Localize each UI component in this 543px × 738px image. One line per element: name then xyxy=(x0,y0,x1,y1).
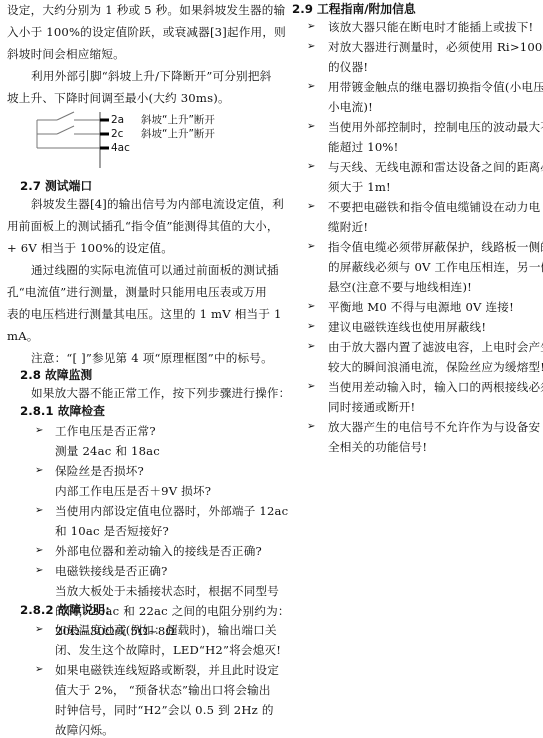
body-line: mA。 xyxy=(7,329,39,343)
list-item-line: 测量 24ac 和 18ac xyxy=(55,444,160,458)
list-item-line: 故障闪烁。 xyxy=(55,723,114,737)
list-item-line: 当使用内部设定值电位器时，外部端子 12ac xyxy=(55,504,288,518)
section-heading-2-9: 2.9 工程指南/附加信息 xyxy=(292,2,416,16)
list-item-line: 指令值电缆必须带屏蔽保护，线路板一侧的 xyxy=(328,240,543,254)
body-line: + 6V 相当于 100%的设定值。 xyxy=(7,241,173,255)
bullet-arrow-icon: ➢ xyxy=(35,623,43,637)
list-item-line: 当使用外部控制时，控制电压的波动最大不 xyxy=(328,120,543,134)
body-line: 孔“电流值”进行测量，测量时只能用电压表或万用 xyxy=(7,285,267,299)
bullet-arrow-icon: ➢ xyxy=(35,464,43,478)
bullet-arrow-icon: ➢ xyxy=(307,120,315,134)
terminal-label: 斜坡“上升”断开 xyxy=(141,114,215,126)
terminal-label: 斜坡“上升”断开 xyxy=(141,128,215,140)
bullet-arrow-icon: ➢ xyxy=(35,504,43,518)
list-item-line: 时钟信号，同时“H2”会以 0.5 到 2Hz 的 xyxy=(55,703,274,717)
list-item-line: 用带镀金触点的继电器切换指令值(小电压， xyxy=(328,80,543,94)
list-item-line: 该放大器只能在断电时才能插上或拔下! xyxy=(328,20,533,34)
list-item-line: 建议电磁铁连线也使用屏蔽线! xyxy=(328,320,486,334)
list-item-line: 电磁铁接线是否正确? xyxy=(55,564,168,578)
bullet-arrow-icon: ➢ xyxy=(307,340,315,354)
body-line: 用前面板上的测试插孔“指令值”能测得其值的大小， xyxy=(7,219,279,233)
list-item-line: 对放大器进行测量时，必须使用 Ri>100kΩ xyxy=(328,40,543,54)
bullet-arrow-icon: ➢ xyxy=(307,160,315,174)
list-item-line: 放大器产生的电信号不允许作为与设备安 xyxy=(328,420,540,434)
list-item-line: 由于放大器内置了滤波电容，上电时会产生 xyxy=(328,340,543,354)
terminal-2a: 2a xyxy=(111,114,124,126)
bullet-arrow-icon: ➢ xyxy=(307,420,315,434)
bullet-arrow-icon: ➢ xyxy=(307,40,315,54)
switch-wiring-icon xyxy=(0,0,272,180)
list-item-line: 不要把电磁铁和指令值电缆铺设在动力电 xyxy=(328,200,540,214)
list-item-line: 的屏蔽线必须与 0V 工作电压相连，另一侧 xyxy=(328,260,543,274)
list-item-line: 小电流)! xyxy=(328,100,373,114)
bullet-arrow-icon: ➢ xyxy=(35,544,43,558)
section-heading-2-7: 2.7 测试端口 xyxy=(20,179,92,193)
bullet-arrow-icon: ➢ xyxy=(307,300,315,314)
bullet-arrow-icon: ➢ xyxy=(307,80,315,94)
body-line: 如果放大器不能正常工作，按下列步骤进行操作： xyxy=(31,386,290,400)
list-item-line: 闭、发生这个故障时，LED“H2”将会熄灭! xyxy=(55,643,281,657)
list-item-line: 能超过 10%! xyxy=(328,140,399,154)
section-heading-2-8-2: 2.8.2 故障说明： xyxy=(20,603,117,617)
list-item-line: 平衡地 M0 不得与电源地 0V 连接! xyxy=(328,300,514,314)
bullet-arrow-icon: ➢ xyxy=(307,240,315,254)
list-item-line: 值大于 2%， “预备状态”输出口将会输出 xyxy=(55,683,271,697)
note-line: 注意：“[ ]”参见第 4 项“原理框图”中的标号。 xyxy=(31,351,273,365)
body-line: 表的电压档进行测量其电压。这里的 1 mV 相当于 1 xyxy=(7,307,282,321)
list-item-line: 须大于 1m! xyxy=(328,180,391,194)
section-heading-2-8: 2.8 故障监测 xyxy=(20,368,92,382)
list-item-line: 如果温度过高(例如：超载时)，输出端口关 xyxy=(55,623,277,637)
list-item-line: 当使用差动输入时，输入口的两根接线必须 xyxy=(328,380,543,394)
list-item-line: 的仪器! xyxy=(328,60,368,74)
bullet-arrow-icon: ➢ xyxy=(307,200,315,214)
list-item-line: 同时接通或断开! xyxy=(328,400,415,414)
list-item-line: 外部电位器和差动输入的接线是否正确? xyxy=(55,544,262,558)
list-item-line: 和 10ac 是否短接好? xyxy=(55,524,169,538)
section-heading-2-8-1: 2.8.1 故障检查 xyxy=(20,404,105,418)
bullet-arrow-icon: ➢ xyxy=(35,663,43,677)
list-item-line: 内部工作电压是否＋9V 损坏? xyxy=(55,484,211,498)
list-item-line: 与天线、无线电源和雷达设备之间的距离必 xyxy=(328,160,543,174)
list-item-line: 全相关的功能信号! xyxy=(328,440,427,454)
terminal-4ac: 4ac xyxy=(111,142,130,154)
bullet-arrow-icon: ➢ xyxy=(307,320,315,334)
bullet-arrow-icon: ➢ xyxy=(307,20,315,34)
bullet-arrow-icon: ➢ xyxy=(307,380,315,394)
body-line: 斜坡发生器[4]的输出信号为内部电流设定值，利 xyxy=(31,197,284,211)
list-item-line: 悬空(注意不要与地线相连)! xyxy=(328,280,472,294)
list-item-line: 工作电压是否正常? xyxy=(55,424,156,438)
body-line: 通过线圈的实际电流值可以通过前面板的测试插 xyxy=(31,263,279,277)
list-item-line: 缆附近! xyxy=(328,220,368,234)
list-item-line: 较大的瞬间浪涌电流，保险丝应为缓熔型! xyxy=(328,360,543,374)
bullet-arrow-icon: ➢ xyxy=(35,424,43,438)
list-item-line: 保险丝是否损坏? xyxy=(55,464,144,478)
bullet-arrow-icon: ➢ xyxy=(35,564,43,578)
list-item-line: 当放大板处于未插接状态时，根据不同型号 xyxy=(55,584,279,598)
list-item-line: 如果电磁铁连线短路或断裂，并且此时设定 xyxy=(55,663,279,677)
terminal-2c: 2c xyxy=(111,128,123,140)
